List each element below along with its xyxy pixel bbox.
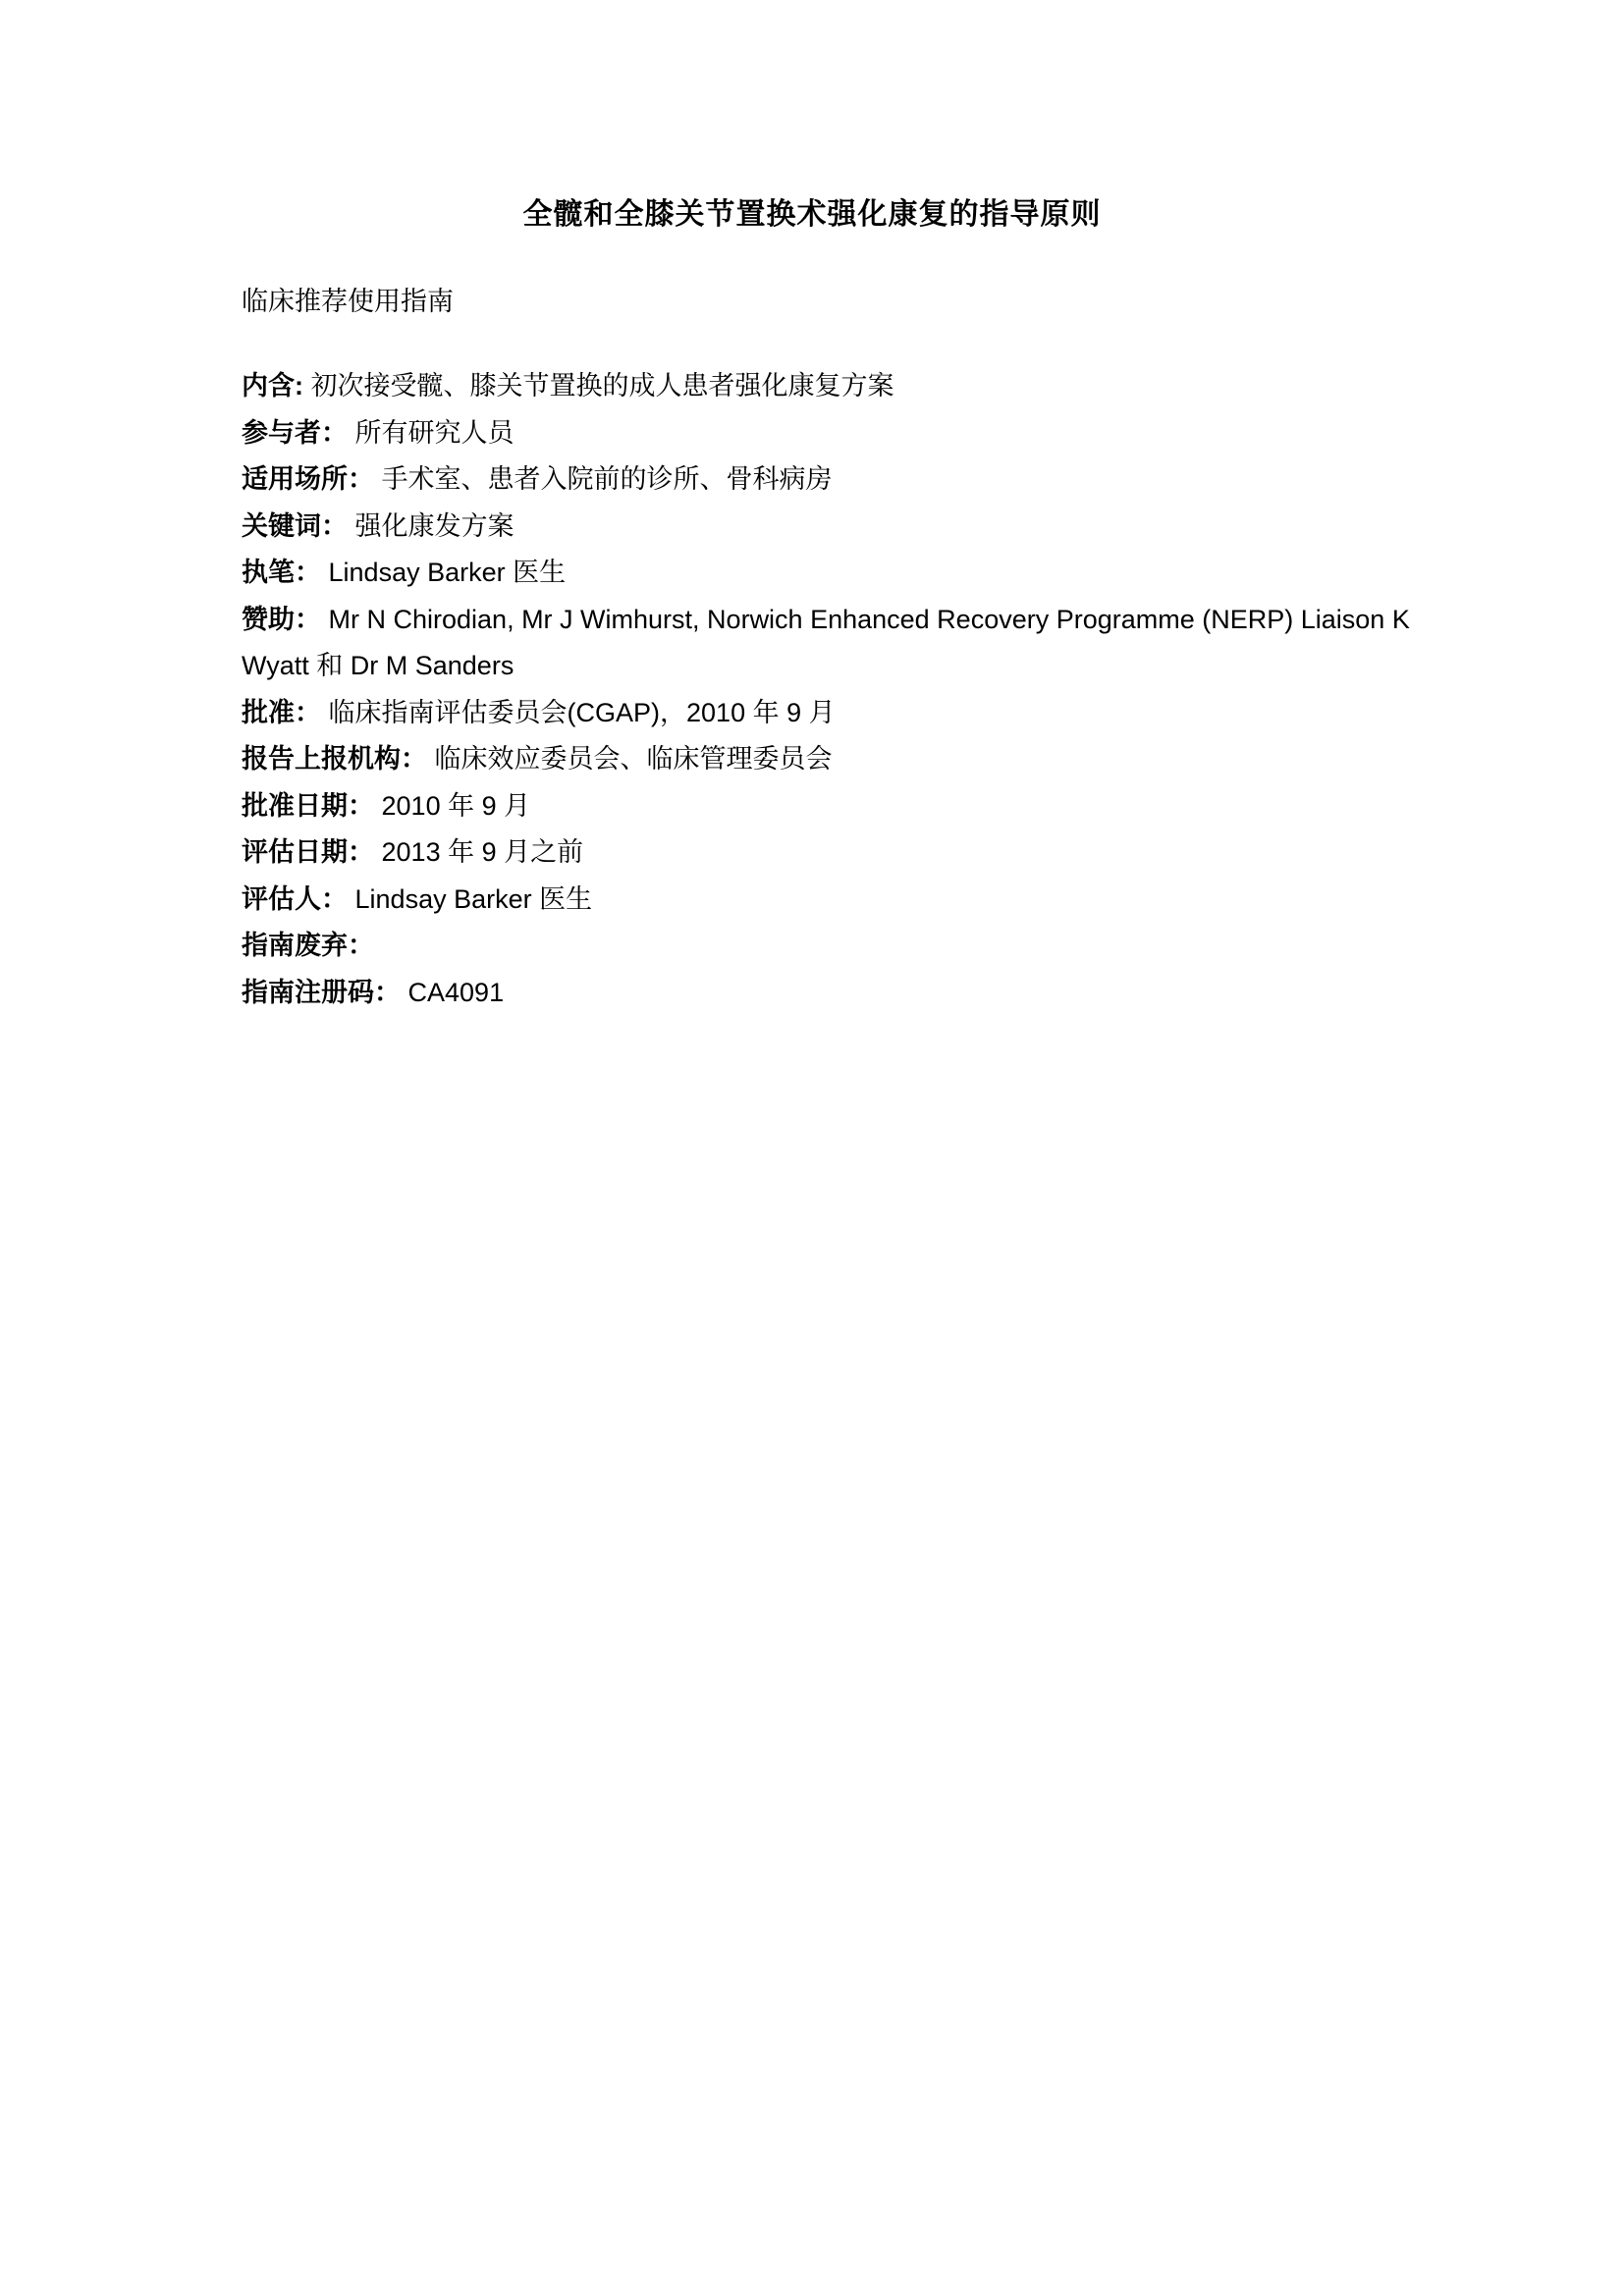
field-value: 初次接受髋、膝关节置换的成人患者强化康复方案 [311, 371, 894, 400]
field-value: Mr N Chirodian, Mr J Wimhurst, Norwich E… [242, 605, 1410, 681]
field-row-guideline-registration-code: 指南注册码： CA4091 [242, 970, 1428, 1017]
field-row-author: 执笔： Lindsay Barker 医生 [242, 550, 1428, 597]
field-value: 2013 年 9 月之前 [382, 837, 584, 867]
field-value: 临床指南评估委员会(CGAP)，2010 年 9 月 [329, 698, 836, 727]
field-label: 参与者： [242, 418, 348, 448]
field-label: 执笔： [242, 558, 321, 587]
field-label: 适用场所： [242, 464, 374, 494]
field-label: 内含: [242, 371, 303, 400]
field-value: 强化康发方案 [355, 511, 514, 541]
field-label: 批准： [242, 698, 321, 727]
field-value: 2010 年 9 月 [382, 791, 531, 821]
document-page: 全髋和全膝关节置换术强化康复的指导原则 临床推荐使用指南 内含: 初次接受髋、膝… [0, 0, 1624, 2296]
field-label: 指南废弃： [242, 931, 374, 960]
field-value: 所有研究人员 [355, 418, 514, 448]
field-row-review-date: 评估日期： 2013 年 9 月之前 [242, 829, 1428, 877]
field-value: Lindsay Barker 医生 [329, 558, 567, 587]
field-row-keywords: 关键词： 强化康发方案 [242, 504, 1428, 551]
field-value: 手术室、患者入院前的诊所、骨科病房 [382, 464, 833, 494]
field-label: 评估人： [242, 884, 348, 914]
field-row-applicable-settings: 适用场所： 手术室、患者入院前的诊所、骨科病房 [242, 456, 1428, 504]
document-subtitle: 临床推荐使用指南 [0, 281, 1624, 322]
field-row-participants: 参与者： 所有研究人员 [242, 410, 1428, 457]
field-label: 指南注册码： [242, 978, 401, 1007]
field-row-approval-date: 批准日期： 2010 年 9 月 [242, 783, 1428, 830]
field-label: 关键词： [242, 511, 348, 541]
metadata-field-list: 内含: 初次接受髋、膝关节置换的成人患者强化康复方案 参与者： 所有研究人员 适… [0, 363, 1624, 1016]
document-title: 全髋和全膝关节置换术强化康复的指导原则 [0, 0, 1624, 236]
field-label: 赞助： [242, 605, 321, 634]
field-value: Lindsay Barker 医生 [355, 884, 593, 914]
field-label: 报告上报机构： [242, 744, 427, 774]
field-value: CA4091 [408, 978, 505, 1007]
field-value: 临床效应委员会、临床管理委员会 [435, 744, 833, 774]
field-row-contents: 内含: 初次接受髋、膝关节置换的成人患者强化康复方案 [242, 363, 1428, 410]
field-label: 批准日期： [242, 791, 374, 821]
field-row-sponsors: 赞助： Mr N Chirodian, Mr J Wimhurst, Norwi… [242, 597, 1428, 690]
field-row-reviewer: 评估人： Lindsay Barker 医生 [242, 877, 1428, 924]
field-row-guideline-withdrawal: 指南废弃： [242, 923, 1428, 970]
field-row-reporting-bodies: 报告上报机构： 临床效应委员会、临床管理委员会 [242, 736, 1428, 783]
field-row-approval: 批准： 临床指南评估委员会(CGAP)，2010 年 9 月 [242, 690, 1428, 737]
field-label: 评估日期： [242, 837, 374, 867]
